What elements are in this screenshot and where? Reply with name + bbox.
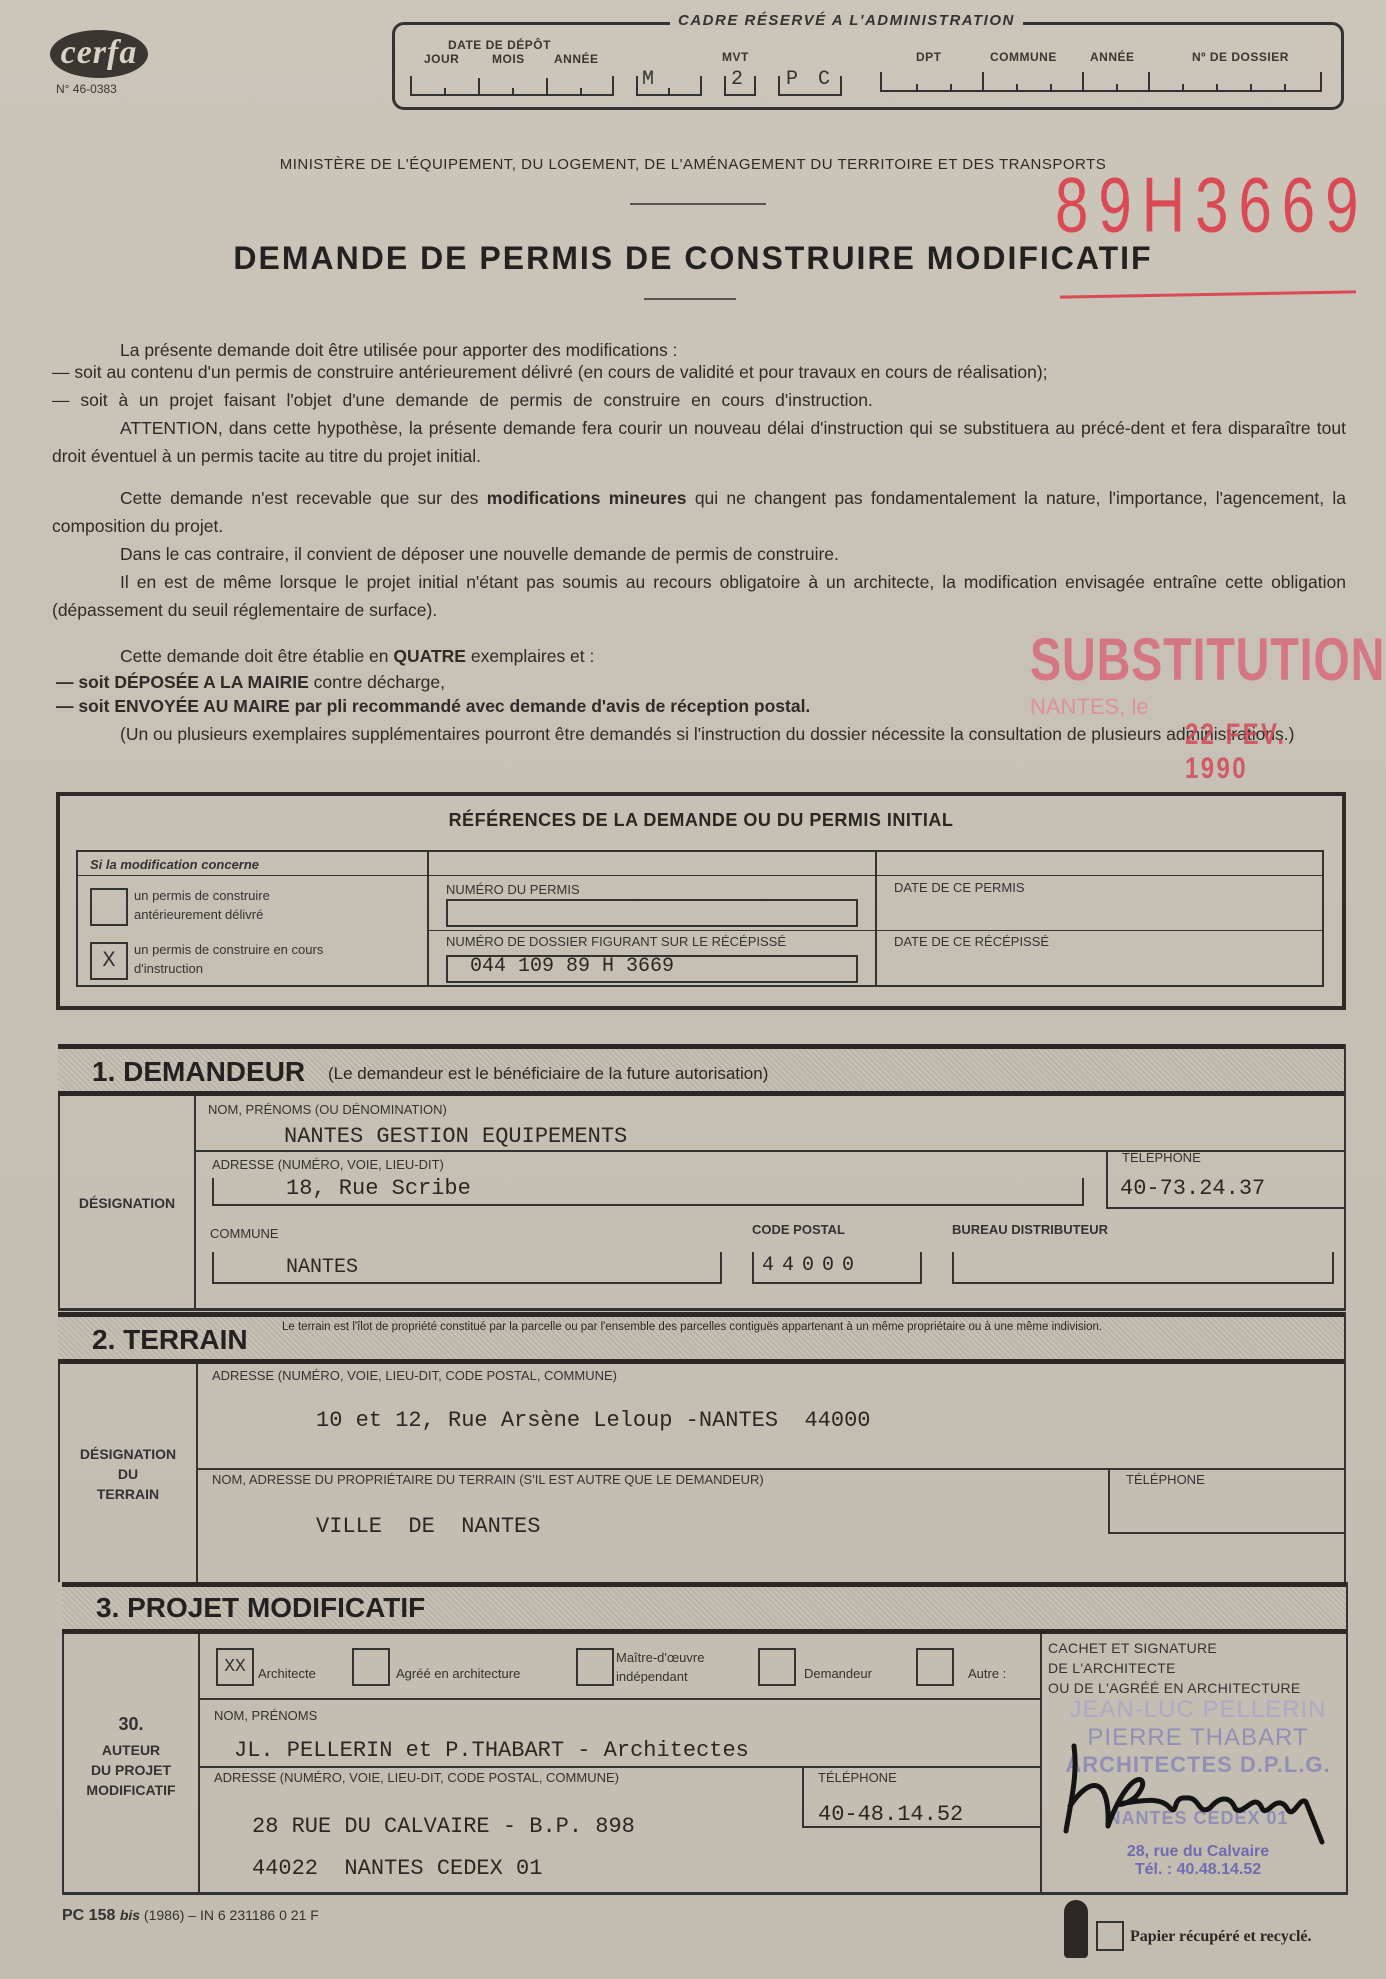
option-autre-label: Autre : <box>968 1666 1006 1681</box>
divider <box>644 298 736 300</box>
grid-line <box>1040 1634 1042 1892</box>
text: bis <box>120 1907 140 1923</box>
form-reference: PC 158 bis (1986) – IN 6 231186 0 21 F <box>62 1907 319 1925</box>
auteur-adresse-label: ADRESSE (NUMÉRO, VOIE, LIEU-DIT, CODE PO… <box>214 1770 619 1785</box>
checkbox-autre[interactable] <box>916 1648 954 1686</box>
date-permis-label: DATE DE CE PERMIS <box>894 880 1025 895</box>
substitution-stamp: SUBSTITUTION <box>1030 625 1385 694</box>
terrain-adresse-label: ADRESSE (NUMÉRO, VOIE, LIEU-DIT, CODE PO… <box>212 1368 617 1383</box>
form-page: cerfa N° 46-0383 CADRE RÉSERVÉ A L'ADMIN… <box>0 0 1386 1979</box>
auteur-nom-label: NOM, PRÉNOMS <box>214 1708 317 1723</box>
cerfa-logo: cerfa <box>50 30 148 78</box>
checkbox-permis-delivre[interactable] <box>90 888 128 926</box>
intro-p4: Dans le cas contraire, il convient de dé… <box>120 540 839 568</box>
checkbox-permis-instruction[interactable]: X <box>90 942 128 980</box>
text: contre décharge, <box>309 672 445 692</box>
grid-line <box>198 1766 1040 1768</box>
grid-line <box>76 850 78 987</box>
intro-item2: — soit à un projet faisant l'objet d'une… <box>52 386 1352 414</box>
handwritten-number: 89H3669 <box>1055 160 1369 250</box>
date-depot-field[interactable] <box>410 76 614 96</box>
mvt-value: 2 <box>731 68 743 91</box>
numero-permis-label: NUMÉRO DU PERMIS <box>446 882 580 897</box>
numero-dossier-field[interactable]: 044 109 89 H 3669 <box>446 955 858 983</box>
text: TERRAIN <box>60 1484 196 1504</box>
auteur-adresse-line1[interactable]: 28 RUE DU CALVAIRE - B.P. 898 <box>252 1814 635 1839</box>
numero-dossier-value: 044 109 89 H 3669 <box>470 955 674 978</box>
dossier-label: Nº DE DOSSIER <box>1192 50 1289 64</box>
grid-line <box>196 1468 1344 1470</box>
grid-line <box>1108 1468 1110 1532</box>
text: (1986) – IN 6 231186 0 21 F <box>140 1907 319 1923</box>
checkbox-architecte[interactable]: XX <box>216 1648 254 1686</box>
commune-label: COMMUNE <box>210 1226 279 1241</box>
intro-p3: Cette demande n'est recevable que sur de… <box>52 484 1346 540</box>
text: DE L'ARCHITECTE <box>1048 1658 1301 1678</box>
dossier-number-field[interactable] <box>880 72 1322 92</box>
telephone-label: TÉLÉPHONE <box>1122 1150 1201 1165</box>
option-permis-instruction-label: un permis de construire en cours d'instr… <box>134 940 334 978</box>
designation-label: DÉSIGNATION <box>60 1193 194 1213</box>
text: CACHET ET SIGNATURE <box>1048 1638 1301 1658</box>
auteur-telephone-value[interactable]: 40-48.14.52 <box>818 1802 963 1827</box>
numero-permis-field[interactable] <box>446 899 858 927</box>
terrain-telephone-label: TÉLÉPHONE <box>1126 1472 1205 1487</box>
text: AUTEUR <box>64 1740 198 1760</box>
grid-line <box>76 985 1324 987</box>
telephone-value[interactable]: 40-73.24.37 <box>1120 1176 1265 1201</box>
terrain-adresse-value[interactable]: 10 et 12, Rue Arsène Leloup -NANTES 4400… <box>316 1408 871 1433</box>
code-postal-label: CODE POSTAL <box>752 1222 845 1237</box>
text: 30. <box>64 1714 198 1734</box>
cachet-label: CACHET ET SIGNATURE DE L'ARCHITECTE OU D… <box>1048 1638 1301 1698</box>
m-field[interactable]: M <box>636 76 702 96</box>
text: PC 158 <box>62 1907 120 1924</box>
demandeur-note: (Le demandeur est le bénéficiaire de la … <box>328 1064 768 1084</box>
grid-line <box>1322 850 1324 987</box>
intro-p3-bold: modifications mineures <box>487 488 687 508</box>
mois-label: MOIS <box>492 52 525 66</box>
intro-p6-bold: QUATRE <box>393 646 466 666</box>
commune-field[interactable]: NANTES <box>212 1252 722 1284</box>
text: DU PROJET <box>64 1760 198 1780</box>
commune-label: COMMUNE <box>990 50 1057 64</box>
commune-value: NANTES <box>286 1256 358 1279</box>
numero-dossier-label: NUMÉRO DE DOSSIER FIGURANT SUR LE RÉCÉPI… <box>446 934 786 949</box>
pc-field[interactable]: P C <box>778 76 842 96</box>
nom-label: NOM, PRÉNOMS (OU DÉNOMINATION) <box>208 1102 447 1117</box>
option-architecte-label: Architecte <box>258 1666 316 1681</box>
mvt-label: MVT <box>722 50 749 64</box>
annee2-label: ANNÉE <box>1090 50 1135 64</box>
grid-line <box>198 1634 200 1892</box>
adresse-field[interactable]: 18, Rue Scribe <box>212 1178 1084 1206</box>
terrain-title: 2. TERRAIN <box>92 1324 248 1356</box>
intro-p6: Cette demande doit être établie en QUATR… <box>120 642 594 670</box>
intro-p7: (Un ou plusieurs exemplaires supplémenta… <box>52 720 1346 748</box>
admin-frame <box>392 22 1344 110</box>
grid-line <box>78 875 1324 876</box>
text: Tél. : 40.48.14.52 <box>1058 1861 1338 1879</box>
grid-line <box>194 1096 196 1308</box>
text: DÉPOSÉE A LA MAIRIE <box>114 672 308 692</box>
dpt-label: DPT <box>916 50 942 64</box>
stamp-place: NANTES, le <box>1030 694 1149 720</box>
checkbox-maitre-oeuvre[interactable] <box>576 1648 614 1686</box>
auteur-nom-value[interactable]: JL. PELLERIN et P.THABART - Architectes <box>234 1738 749 1763</box>
intro-p6-text: Cette demande doit être établie en <box>120 646 393 666</box>
text: MODIFICATIF <box>64 1780 198 1800</box>
intro-item1: — soit au contenu d'un permis de constru… <box>52 358 1352 386</box>
bureau-field[interactable] <box>952 1252 1334 1284</box>
annee-label: ANNÉE <box>554 52 599 66</box>
grid-line <box>198 1698 1040 1700</box>
grid-line <box>196 1364 198 1582</box>
recycle-label: Papier récupéré et recyclé. <box>1130 1928 1312 1946</box>
option-demandeur-label: Demandeur <box>804 1666 872 1681</box>
jour-label: JOUR <box>424 52 459 66</box>
grid-line <box>1106 1207 1344 1209</box>
date-recepisse-label: DATE DE CE RÉCÉPISSÉ <box>894 934 1049 949</box>
adresse-value: 18, Rue Scribe <box>286 1176 471 1201</box>
recycle-checkbox[interactable] <box>1096 1921 1124 1951</box>
grid-line <box>875 850 877 987</box>
checkbox-demandeur[interactable] <box>758 1648 796 1686</box>
text: — soit <box>56 696 114 716</box>
divider <box>630 203 766 205</box>
proprietaire-label: NOM, ADRESSE DU PROPRIÉTAIRE DU TERRAIN … <box>212 1472 764 1487</box>
auteur-adresse-line2[interactable]: 44022 NANTES CEDEX 01 <box>252 1856 542 1881</box>
intro-p3-text: Cette demande n'est recevable que sur de… <box>120 488 487 508</box>
stamp-date: 22 FEV. 1990 <box>1185 718 1346 786</box>
option-permis-delivre-label: un permis de construire antérieurement d… <box>134 886 334 924</box>
intro-p6-item2: — soit ENVOYÉE AU MAIRE par pli recomman… <box>56 692 810 720</box>
code-postal-value: 44000 <box>762 1254 862 1277</box>
nom-value[interactable]: NANTES GESTION EQUIPEMENTS <box>284 1124 627 1149</box>
proprietaire-value[interactable]: VILLE DE NANTES <box>316 1514 540 1539</box>
grid-line <box>1106 1150 1108 1208</box>
auteur-label: 30. AUTEUR DU PROJET MODIFICATIF <box>64 1714 198 1800</box>
mvt-field[interactable]: 2 <box>724 76 756 96</box>
demandeur-title: 1. DEMANDEUR <box>92 1056 305 1088</box>
auteur-telephone-label: TÉLÉPHONE <box>818 1770 897 1785</box>
references-title: RÉFÉRENCES DE LA DEMANDE OU DU PERMIS IN… <box>56 810 1346 831</box>
date-depot-label: DATE DE DÉPÔT <box>448 38 551 52</box>
intro-p6-text: exemplaires et : <box>466 646 594 666</box>
grid-line <box>802 1766 804 1826</box>
m-value: M <box>642 68 654 91</box>
code-postal-field[interactable]: 44000 <box>752 1252 922 1284</box>
grid-line <box>76 850 1324 852</box>
text: ENVOYÉE AU MAIRE <box>114 696 289 716</box>
text: — soit <box>56 672 114 692</box>
option-agree-label: Agréé en architecture <box>396 1666 520 1681</box>
admin-frame-title: CADRE RÉSERVÉ A L'ADMINISTRATION <box>670 12 1023 29</box>
checkbox-agree[interactable] <box>352 1648 390 1686</box>
text: OU DE L'AGRÉÉ EN ARCHITECTURE <box>1048 1678 1301 1698</box>
modif-label: Si la modification concerne <box>90 857 259 872</box>
adresse-label: ADRESSE (NUMÉRO, VOIE, LIEU-DIT) <box>212 1157 444 1172</box>
text: DÉSIGNATION <box>60 1444 196 1464</box>
grid-line <box>1108 1532 1344 1534</box>
option-maitre-oeuvre-label: Maître-d'œuvre indépendant <box>616 1648 736 1686</box>
form-number: N° 46-0383 <box>56 82 117 96</box>
bureau-label: BUREAU DISTRIBUTEUR <box>952 1222 1108 1237</box>
designation-terrain-label: DÉSIGNATION DU TERRAIN <box>60 1444 196 1504</box>
intro-p5: Il en est de même lorsque le projet init… <box>52 568 1346 624</box>
recycle-leaf-icon <box>1064 1900 1088 1958</box>
projet-title: 3. PROJET MODIFICATIF <box>96 1592 425 1624</box>
text: DU <box>60 1464 196 1484</box>
pc-value: P C <box>786 68 834 91</box>
signature <box>1060 1736 1330 1846</box>
handwritten-underline <box>1060 290 1356 298</box>
terrain-note: Le terrain est l'îlot de propriété const… <box>282 1320 1232 1335</box>
text: par pli recommandé avec demande d'avis d… <box>290 696 811 716</box>
grid-line <box>429 930 1324 931</box>
intro-attention: ATTENTION, dans cette hypothèse, la prés… <box>52 414 1346 470</box>
text: JEAN-LUC PELLERIN <box>1058 1696 1338 1724</box>
grid-line <box>427 850 429 987</box>
